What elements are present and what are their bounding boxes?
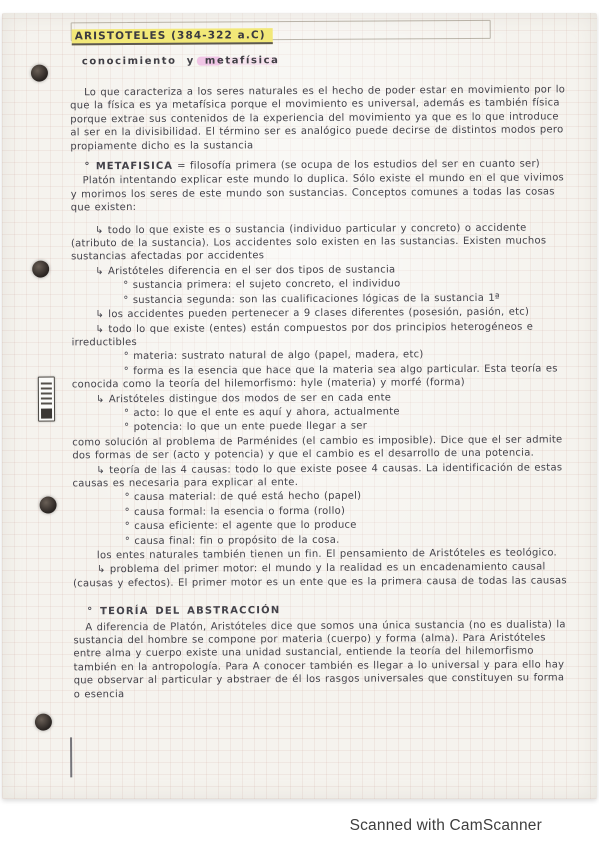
- note-line: A diferencia de Platón, Aristóteles dice…: [73, 618, 571, 701]
- hole-punch-icon: [31, 65, 48, 82]
- note-line: ↳ todo lo que existe (entes) están compu…: [71, 320, 569, 350]
- note-line: ↳ problema del primer motor: el mundo y …: [73, 561, 571, 591]
- hole-punch-icon: [35, 714, 52, 731]
- camscanner-watermark: Scanned with CamScanner: [350, 817, 542, 835]
- page-title: ARISTOTELES (384-322 a.C): [72, 28, 273, 45]
- handwritten-notes: Lo que caracteriza a los seres naturales…: [70, 83, 572, 702]
- barcode-square-icon: [41, 409, 52, 419]
- heading-definition: = filosofía primera (se ocupa de los est…: [173, 159, 540, 172]
- note-line: ↳ todo lo que existe es o sustancia (ind…: [71, 221, 569, 264]
- hole-punch-icon: [32, 261, 49, 278]
- note-line: Platón intentando explicar este mundo lo…: [71, 172, 569, 215]
- scanned-notes-page: { "document": { "title": "ARISTOTELES (3…: [0, 0, 599, 848]
- margin-bracket-line: [70, 737, 72, 777]
- heading-term: ° METAFISICA: [85, 161, 173, 173]
- barcode-lines-icon: [41, 381, 52, 405]
- note-line: Lo que caracteriza a los seres naturales…: [70, 83, 568, 153]
- hole-punch-icon: [40, 496, 57, 513]
- note-line: ° forma es la esencia que hace que la ma…: [72, 362, 570, 392]
- scanned-paper-sheet: ARISTOTELES (384-322 a.C) conocimiento y…: [2, 13, 597, 799]
- note-line: como solución al problema de Parménides …: [72, 433, 570, 463]
- barcode-sticker: [38, 376, 55, 421]
- note-line: ↳ teoría de las 4 causas: todo lo que ex…: [72, 461, 570, 491]
- page-subtitle: conocimiento y metafísica: [82, 55, 280, 67]
- section-heading-abstraccion: ° TEORÍA DEL ABSTRACCIÓN: [73, 603, 571, 619]
- scan-content: ARISTOTELES (384-322 a.C) conocimiento y…: [0, 11, 599, 801]
